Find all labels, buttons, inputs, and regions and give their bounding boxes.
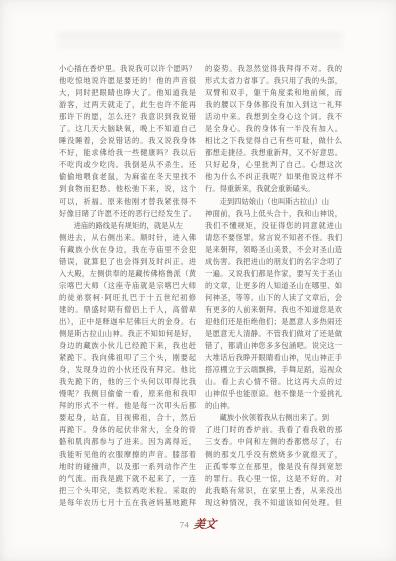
text-line: 他吃惊地说许愿是要还的！他的声音很 xyxy=(59,75,196,87)
text-line: 我先跪下的，他的三个头何以叩得比我 xyxy=(59,376,196,388)
text-line: 走到四姑娘山（也叫斯古拉山）山 xyxy=(205,196,342,208)
text-line: 再跪下。身体的起伏非常大，全身的骨 xyxy=(59,424,196,436)
text-line: 大堆话后我睁开眼睛看山神，见山神正手 xyxy=(205,352,342,364)
text-line: 身边的藏族小伙儿已经跪下来，我也赶 xyxy=(59,340,196,352)
text-line: 成伤害。我把进山的朋友们的名字念叨了 xyxy=(205,256,342,268)
text-line: 骼和肌肉都参与了进来。因为离得近， xyxy=(59,436,196,448)
text-line: 现这种情况，我不知道该如何处理。但 xyxy=(205,497,342,509)
text-line: 地时的碰撞声，以及那一系列动作产生 xyxy=(59,461,196,473)
text-line: 何神圣，等等。山下的人读了文章后，会 xyxy=(205,292,342,304)
text-line: 错误，就算犯了也会得到及时纠正。进 xyxy=(59,256,196,268)
text-line: 进庙的路线是有规矩的，就是从左 xyxy=(59,220,196,232)
text-line: 只好起身，心里批判了自己。心想这次 xyxy=(205,159,342,171)
text-line: 是每年农历七月十五在我爸妈墓地跪拜 xyxy=(59,497,196,509)
text-line: 不好，能求佛给我一些健康吗？我以后 xyxy=(59,147,196,159)
magazine-page: 小心插在香炉里。我说我可以许个愿吗？他吃惊地说许愿是要还的！他的声音很大，同时把… xyxy=(0,0,396,561)
text-line: 形式太省力省事了。我只用了我的头部， xyxy=(205,75,342,87)
text-line: 了。这几天大脑缺氧，晚上不知道自己 xyxy=(59,123,196,135)
text-line: 我们不懂规矩，没征得您的同意就进山了， xyxy=(205,220,342,232)
text-line: 睡没睡着，会说错话的。我又说我身体 xyxy=(59,135,196,147)
text-line: 到食物而犯愁。他松弛下来，说，这个 xyxy=(59,183,196,195)
text-line: 是全身心。我的身体有一半没有加入。 xyxy=(205,123,342,135)
text-line: 错了，都请山神您多多包涵吧。说完这一 xyxy=(205,340,342,352)
text-line: 有更多的人前来朝拜。我也不知道您是欢 xyxy=(205,304,342,316)
text-line: 我能听见他的衣服摩擦的声音。膝部着 xyxy=(59,449,196,461)
text-column-left: 小心插在香炉里。我说我可以许个愿吗？他吃惊地说许愿是要还的！他的声音很大，同时把… xyxy=(59,63,196,509)
text-line: 行。得重新来，我就会重新磕头。 xyxy=(205,183,342,195)
text-line: 山神似乎也能原谅。他不像是一个爱挑礼 xyxy=(205,388,342,400)
text-line: 的姿势。我忽然觉得我拜得不对。我的 xyxy=(205,63,342,75)
magazine-logo: 美文 xyxy=(193,516,217,533)
text-line: 搭凉棚立于云端飘拂，手舞足蹈，巡视众 xyxy=(205,364,342,376)
text-line: 的气流。而我是跪下就不起来了，一连 xyxy=(59,473,196,485)
text-line: 侧是斯古拉山山神。我正不知如何是好， xyxy=(59,328,196,340)
text-line: 一遍。又说我们都是作家，要写关于圣山 xyxy=(205,268,342,280)
text-line: 的徒弟察柯·阿旺扎巴于十五世纪初修 xyxy=(59,292,196,304)
text-line: 的罪行。我心里一惊，这是不好的。对 xyxy=(205,473,342,485)
text-line: 双臂和双手，躯干角度柔和地前倾，而 xyxy=(205,87,342,99)
text-line: 山。看上去心情不错。比这再大点的过失， xyxy=(205,376,342,388)
page-footer: 74美文 xyxy=(0,515,396,533)
text-line: 建的。鼎盛时期有僧侣上千人，高僧辈 xyxy=(59,304,196,316)
page-showthrough-artifact xyxy=(58,33,342,52)
text-line: 请您不要怪罪。常言说不知者不怪。我们 xyxy=(205,232,342,244)
text-line: 出），正中是释迦牟尼佛巨大的金身。右 xyxy=(59,316,196,328)
text-line: 把三个头叩完，类似鸡吃米粒。采取的 xyxy=(59,485,196,497)
text-line: 神面前，我马上低头合十，我和山神说， xyxy=(205,208,342,220)
text-line: 此我略有常识，在家里上香，从来没出 xyxy=(205,485,342,497)
text-line: 入大殿，左侧供奉的是藏传佛格鲁派（黄教） xyxy=(59,268,196,280)
text-line: 那许下的愿，怎么还？我意识到我说错 xyxy=(59,111,196,123)
text-line: 了进门时的香炉前。我看了看我敬的那 xyxy=(205,424,342,436)
text-line: 好像目睹了许愿不还的恶行已经发生了。 xyxy=(59,208,196,220)
text-line: 活动中来。我想到全身心这个词。我不 xyxy=(205,111,342,123)
text-line: 偷偷地喂食老鼠，为麻雀在冬天里找不 xyxy=(59,171,196,183)
text-body: 小心插在香炉里。我说我可以许个愿吗？他吃惊地说许愿是要还的！他的声音很大，同时把… xyxy=(59,63,342,509)
text-line: 有藏族小伙在身边，我在寺庙里不会犯 xyxy=(59,244,196,256)
text-line: 侧的那支几乎没有燃烧多少就熄灭了， xyxy=(205,449,342,461)
text-line: 紧跪下。我向佛祖叩了三个头，刚要起 xyxy=(59,352,196,364)
text-line: 迎他们还是拒绝他们；是愿意人多热闹还 xyxy=(205,316,342,328)
text-line: 可以，祈福。原来他刚才替我紧张得不行， xyxy=(59,196,196,208)
text-line: 三支香。中间和左侧的香都燃尽了，右 xyxy=(205,436,342,448)
text-line: 藏族小伙领着我从右侧出来了。到 xyxy=(205,412,342,424)
text-line: 游客，过两天就走了，此生也许不能再来， xyxy=(59,99,196,111)
text-line: 小心插在香炉里。我说我可以许个愿吗？ xyxy=(59,63,196,75)
text-line: 不吃肉或少吃肉。我倒是从不杀生。还 xyxy=(59,159,196,171)
page-number: 74 xyxy=(180,519,190,529)
text-line: 相比之下我觉得自己有些可耻，做什么 xyxy=(205,135,342,147)
text-line: 的文章，让更多的人知道圣山在哪里、如 xyxy=(205,280,342,292)
text-line: 的山神。 xyxy=(205,400,342,412)
text-line: 正孤零零立在那里，像是没有得到宽恕 xyxy=(205,461,342,473)
text-line: 都想走捷径。我想重新拜，又不好意思。 xyxy=(205,147,342,159)
text-line: 要起身，站直，目视佛祖，合十，然后 xyxy=(59,412,196,424)
text-line: 宗喀巴大师（这座寺庙就是宗喀巴大师 xyxy=(59,280,196,292)
text-line: 是愿意无人清静。不管我们做对了还是做 xyxy=(205,328,342,340)
text-line: 身，发现身边的小伙还没有拜完。他比 xyxy=(59,364,196,376)
text-line: 慢呢？我侧目偷偷一看，原来他和我叩 xyxy=(59,388,196,400)
text-line: 侧进去，从右侧出来。顺时针，进入佛殿。 xyxy=(59,232,196,244)
text-line: 他为什么不纠正我呢？如果他说这样不 xyxy=(205,171,342,183)
text-line: 大，同时把眼睛也睁大了。他知道我是 xyxy=(59,87,196,99)
text-line: 我的腰以下身体都没有加入到这一礼拜 xyxy=(205,99,342,111)
text-line: 拜的形式不一样。他是每一次叩头后都 xyxy=(59,400,196,412)
text-line: 是来朝拜，领略圣山美景，不会对圣山造 xyxy=(205,244,342,256)
text-column-right: 的姿势。我忽然觉得我拜得不对。我的形式太省力省事了。我只用了我的头部，双臂和双手… xyxy=(205,63,342,509)
